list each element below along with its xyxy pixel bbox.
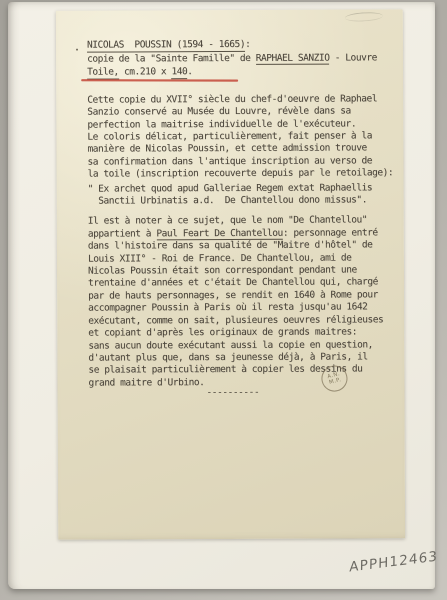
text-segment: - Louvre	[329, 52, 376, 63]
red-underline-mark	[81, 79, 238, 81]
text-block-paragraph-1: Cette copie du XVII° siècle du chef-d'oe…	[87, 93, 393, 181]
underlined-text: Toile,	[87, 67, 119, 80]
text-block-header: NICOLAS POUSSIN (1594 - 1665):copie de l…	[87, 37, 393, 79]
typed-separator: ----------	[206, 387, 259, 398]
text-segment: perfection la maitrise individuelle de l…	[87, 118, 356, 130]
underlined-text: NICOLAS POUSSIN (1594 - 1665)	[87, 39, 245, 52]
text-block-paragraph-2: Il est à noter à ce sujet, que le nom "D…	[88, 215, 395, 390]
text-line: la toile (inscription recouverte depuis …	[88, 168, 394, 182]
text-line: copie de la "Sainte Famille" de RAPHAEL …	[87, 51, 393, 66]
text-segment: sa confirmation dans l'antique inscripti…	[87, 155, 372, 167]
text-segment: Sanctii Urbinatis a.d. De Chantellou don…	[88, 194, 367, 206]
text-block-quotation: " Ex archet quod apud Galleriae Regem ex…	[88, 182, 394, 208]
text-line: se plaisait particulièrement à copier le…	[88, 364, 394, 378]
text-segment: la toile (inscription recouverte depuis …	[88, 168, 394, 180]
text-segment: Cette copie du XVII° siècle du chef-d'oe…	[87, 93, 377, 105]
text-segment: Sanzio conservé au Musée du Louvre, révè…	[87, 106, 351, 118]
typed-note-paper: NICOLAS POUSSIN (1594 - 1665):copie de l…	[56, 9, 405, 540]
text-segment: Le coloris délicat, particulièrement, fa…	[87, 130, 372, 142]
text-segment: par de hauts personnages, se rendit en 1…	[88, 289, 378, 301]
text-segment: Louis XIII° - Roi de France. De Chantell…	[88, 252, 352, 264]
photo-background: NICOLAS POUSSIN (1594 - 1665):copie de l…	[0, 0, 447, 600]
text-segment: grand maitre d'Urbino.	[88, 377, 204, 389]
text-line: Toile, cm.210 x 140.	[87, 64, 393, 79]
text-segment: .	[187, 66, 192, 77]
text-segment: trentaine d'années et c'était De Chantel…	[88, 277, 378, 289]
text-segment: " Ex archet quod apud Galleriae Regem ex…	[88, 182, 373, 194]
pencil-scribble	[345, 11, 383, 22]
text-segment: dans l'histoire dans sa qualité de "Mait…	[88, 240, 373, 252]
ink-speck	[76, 49, 78, 51]
text-segment: cm.210 x	[119, 66, 172, 77]
underlined-text: 140	[171, 66, 187, 79]
text-segment: et copiant d'après les originaux de gran…	[88, 327, 357, 339]
typed-text: NICOLAS POUSSIN (1594 - 1665):copie de l…	[87, 37, 395, 389]
text-segment: Nicolas Poussin était son correspondant …	[88, 265, 357, 277]
text-segment: sans aucun doute exécutant aussi la copi…	[88, 339, 373, 351]
text-segment: d'autant plus que, dans sa jeunesse déjà…	[88, 351, 367, 363]
text-segment: copie de la "Sainte Famille" de	[87, 52, 256, 64]
underlined-text: Paul Feart De Chantellou	[156, 228, 283, 241]
mount-card: NICOLAS POUSSIN (1594 - 1665):copie de l…	[8, 2, 435, 589]
text-line: Sanctii Urbinatis a.d. De Chantellou don…	[88, 194, 394, 208]
underlined-text: RAPHAEL SANZIO	[256, 52, 330, 65]
text-segment: accompagner Poussin à Paris où il resta …	[88, 302, 367, 314]
text-segment: appartient à	[88, 228, 157, 239]
text-segment: manière de Nicolas Poussin, et cette adm…	[87, 143, 366, 155]
text-segment: : personnage entré	[283, 227, 378, 238]
text-line: NICOLAS POUSSIN (1594 - 1665):	[87, 37, 393, 52]
text-segment: :	[245, 39, 250, 50]
text-segment: Il est à noter à ce sujet, que le nom "D…	[88, 215, 367, 227]
text-segment: exécutant, comme on sait, plusieures oeu…	[88, 314, 383, 326]
stamp-line-2: M.P.	[328, 377, 341, 386]
inventory-number: APPH12463	[349, 548, 438, 575]
